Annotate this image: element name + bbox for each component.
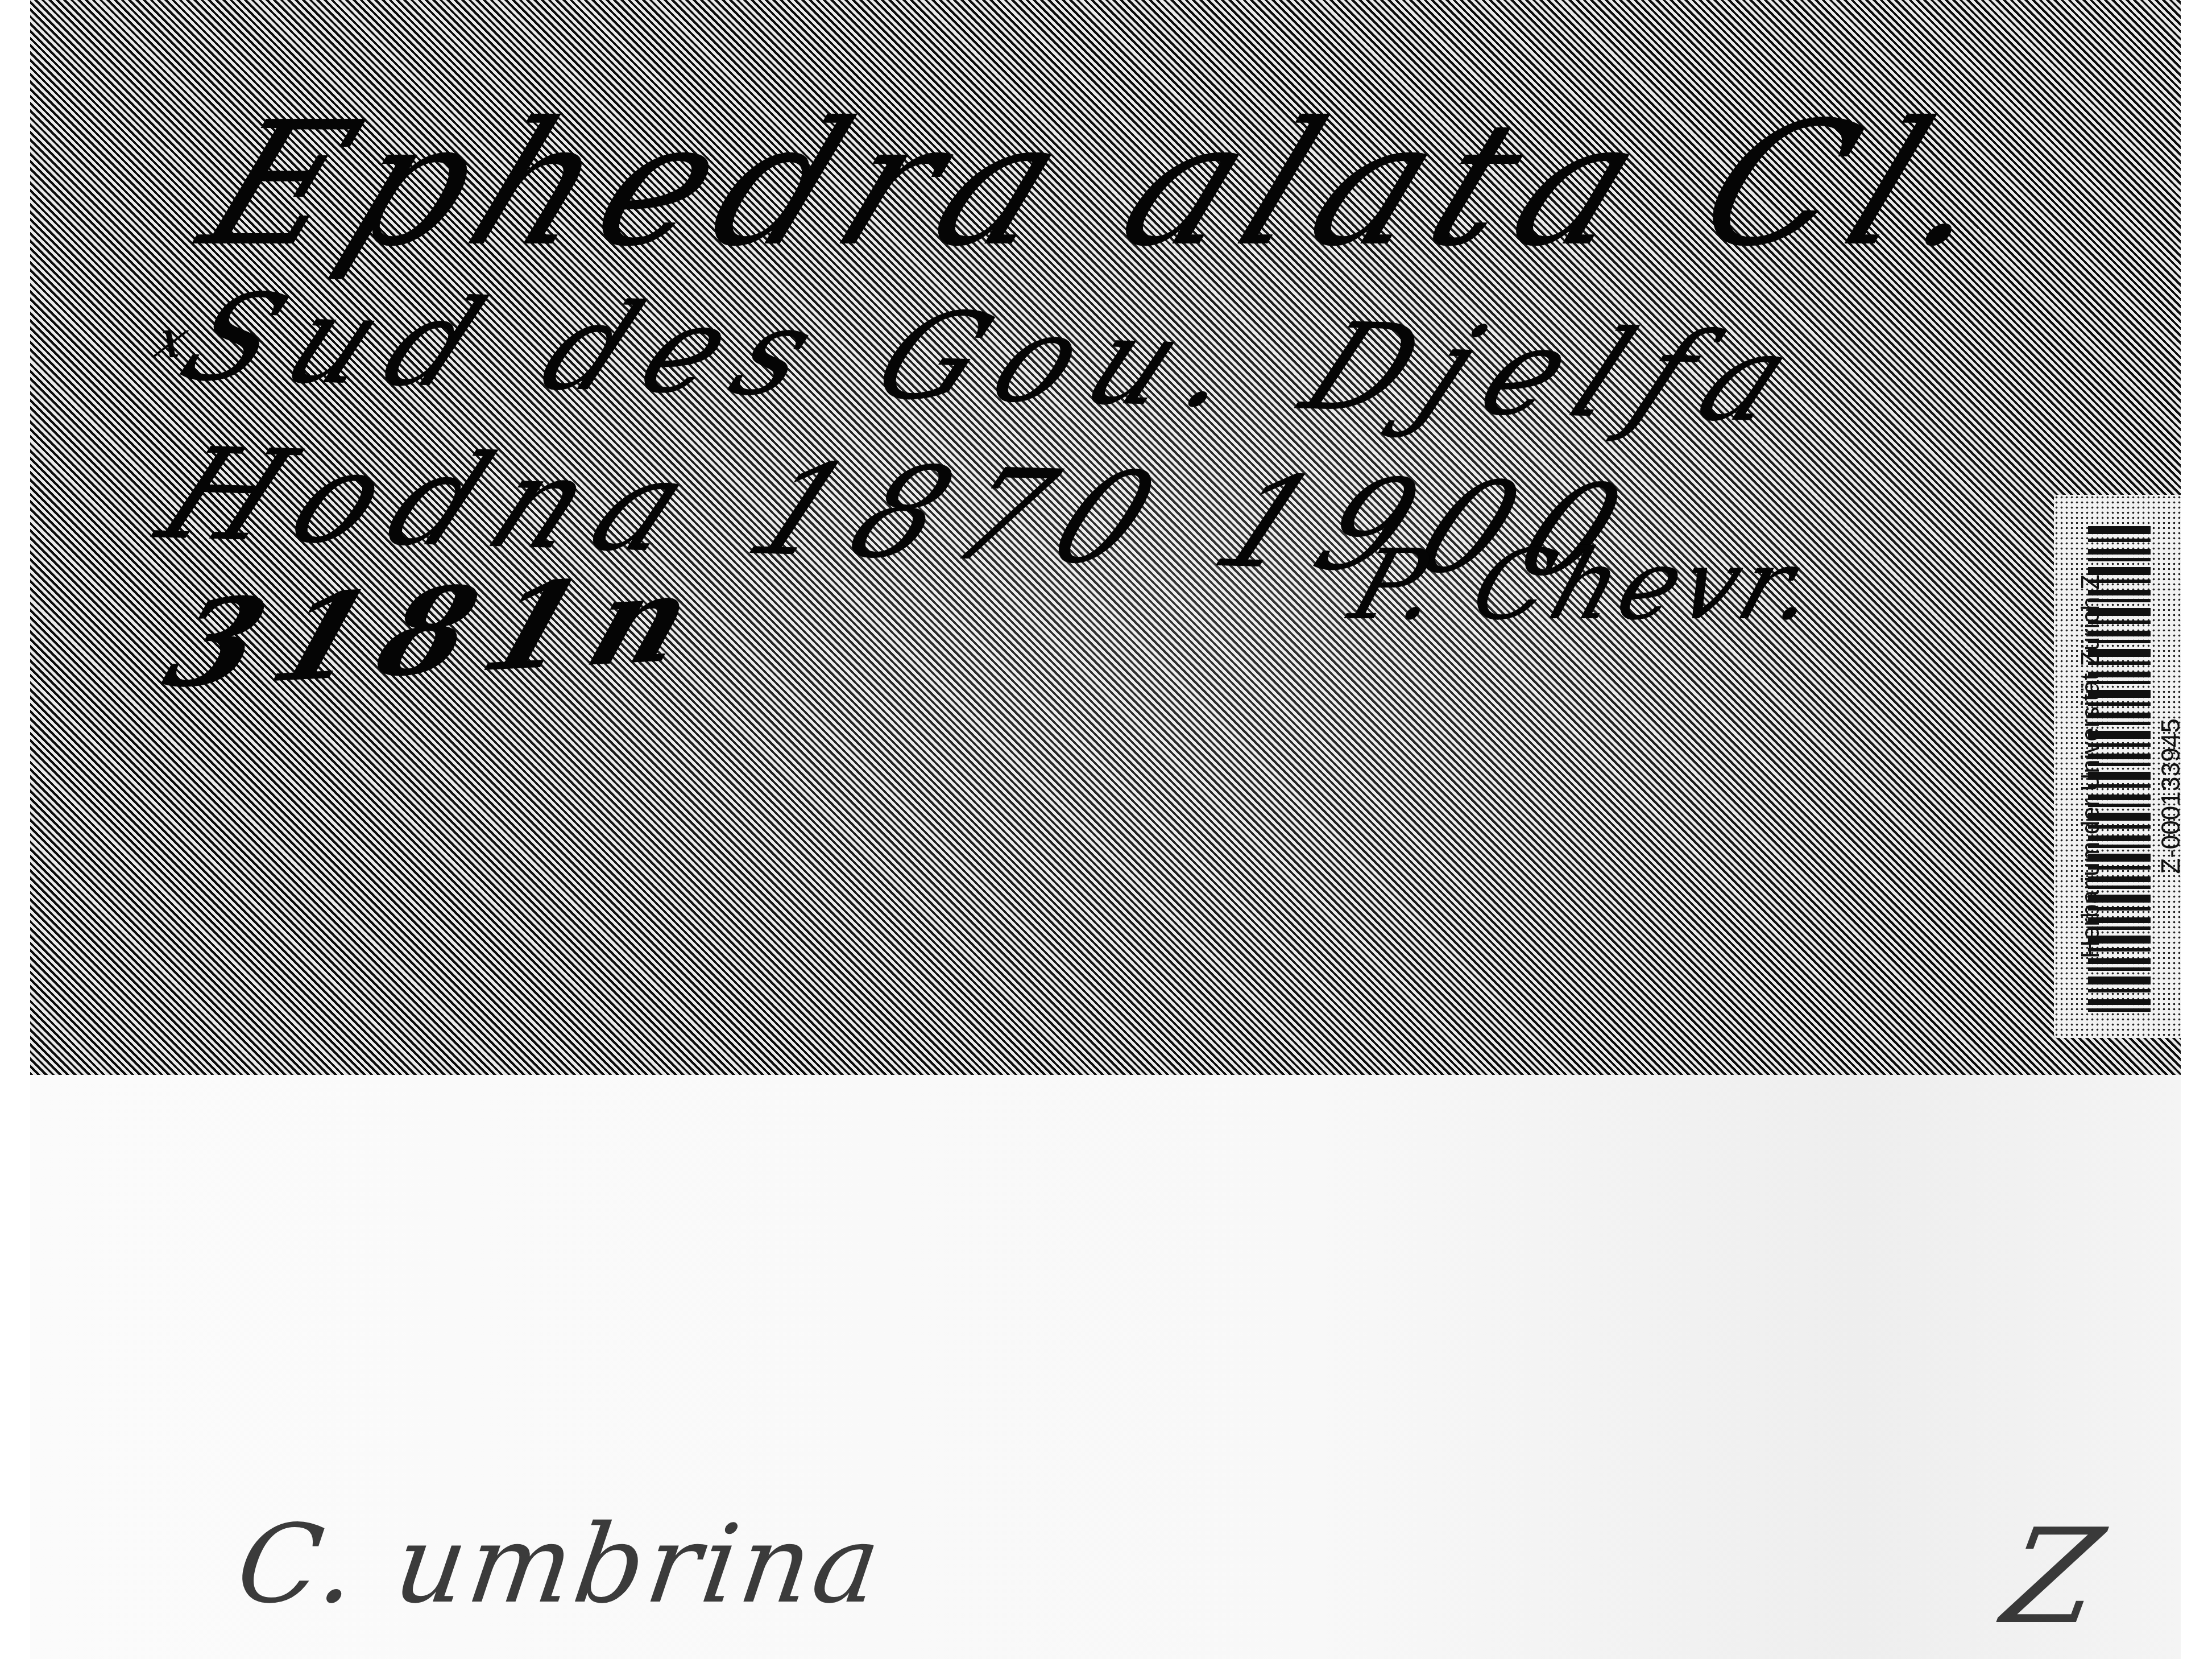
barcode-sticker: Herbarium der Universität Zürich Z Z-000…: [2054, 495, 2181, 1038]
specimen-label: Ephedra alata Cl. x Sud des Gou. Djelfa …: [30, 0, 2181, 1075]
pencil-determination: C. umbrina: [230, 1501, 890, 1627]
label-locality: Sud des Gou. Djelfa: [161, 267, 1836, 449]
label-specimen-number: 3181n: [150, 547, 731, 715]
scan-left-margin: [0, 0, 30, 1659]
barcode-icon: [2088, 526, 2151, 1015]
label-taxon-name: Ephedra alata Cl.: [178, 85, 2042, 284]
barcode-id: Z-000133945: [2155, 665, 2186, 927]
label-collector-signature: P. Chevr.: [1338, 529, 1837, 642]
